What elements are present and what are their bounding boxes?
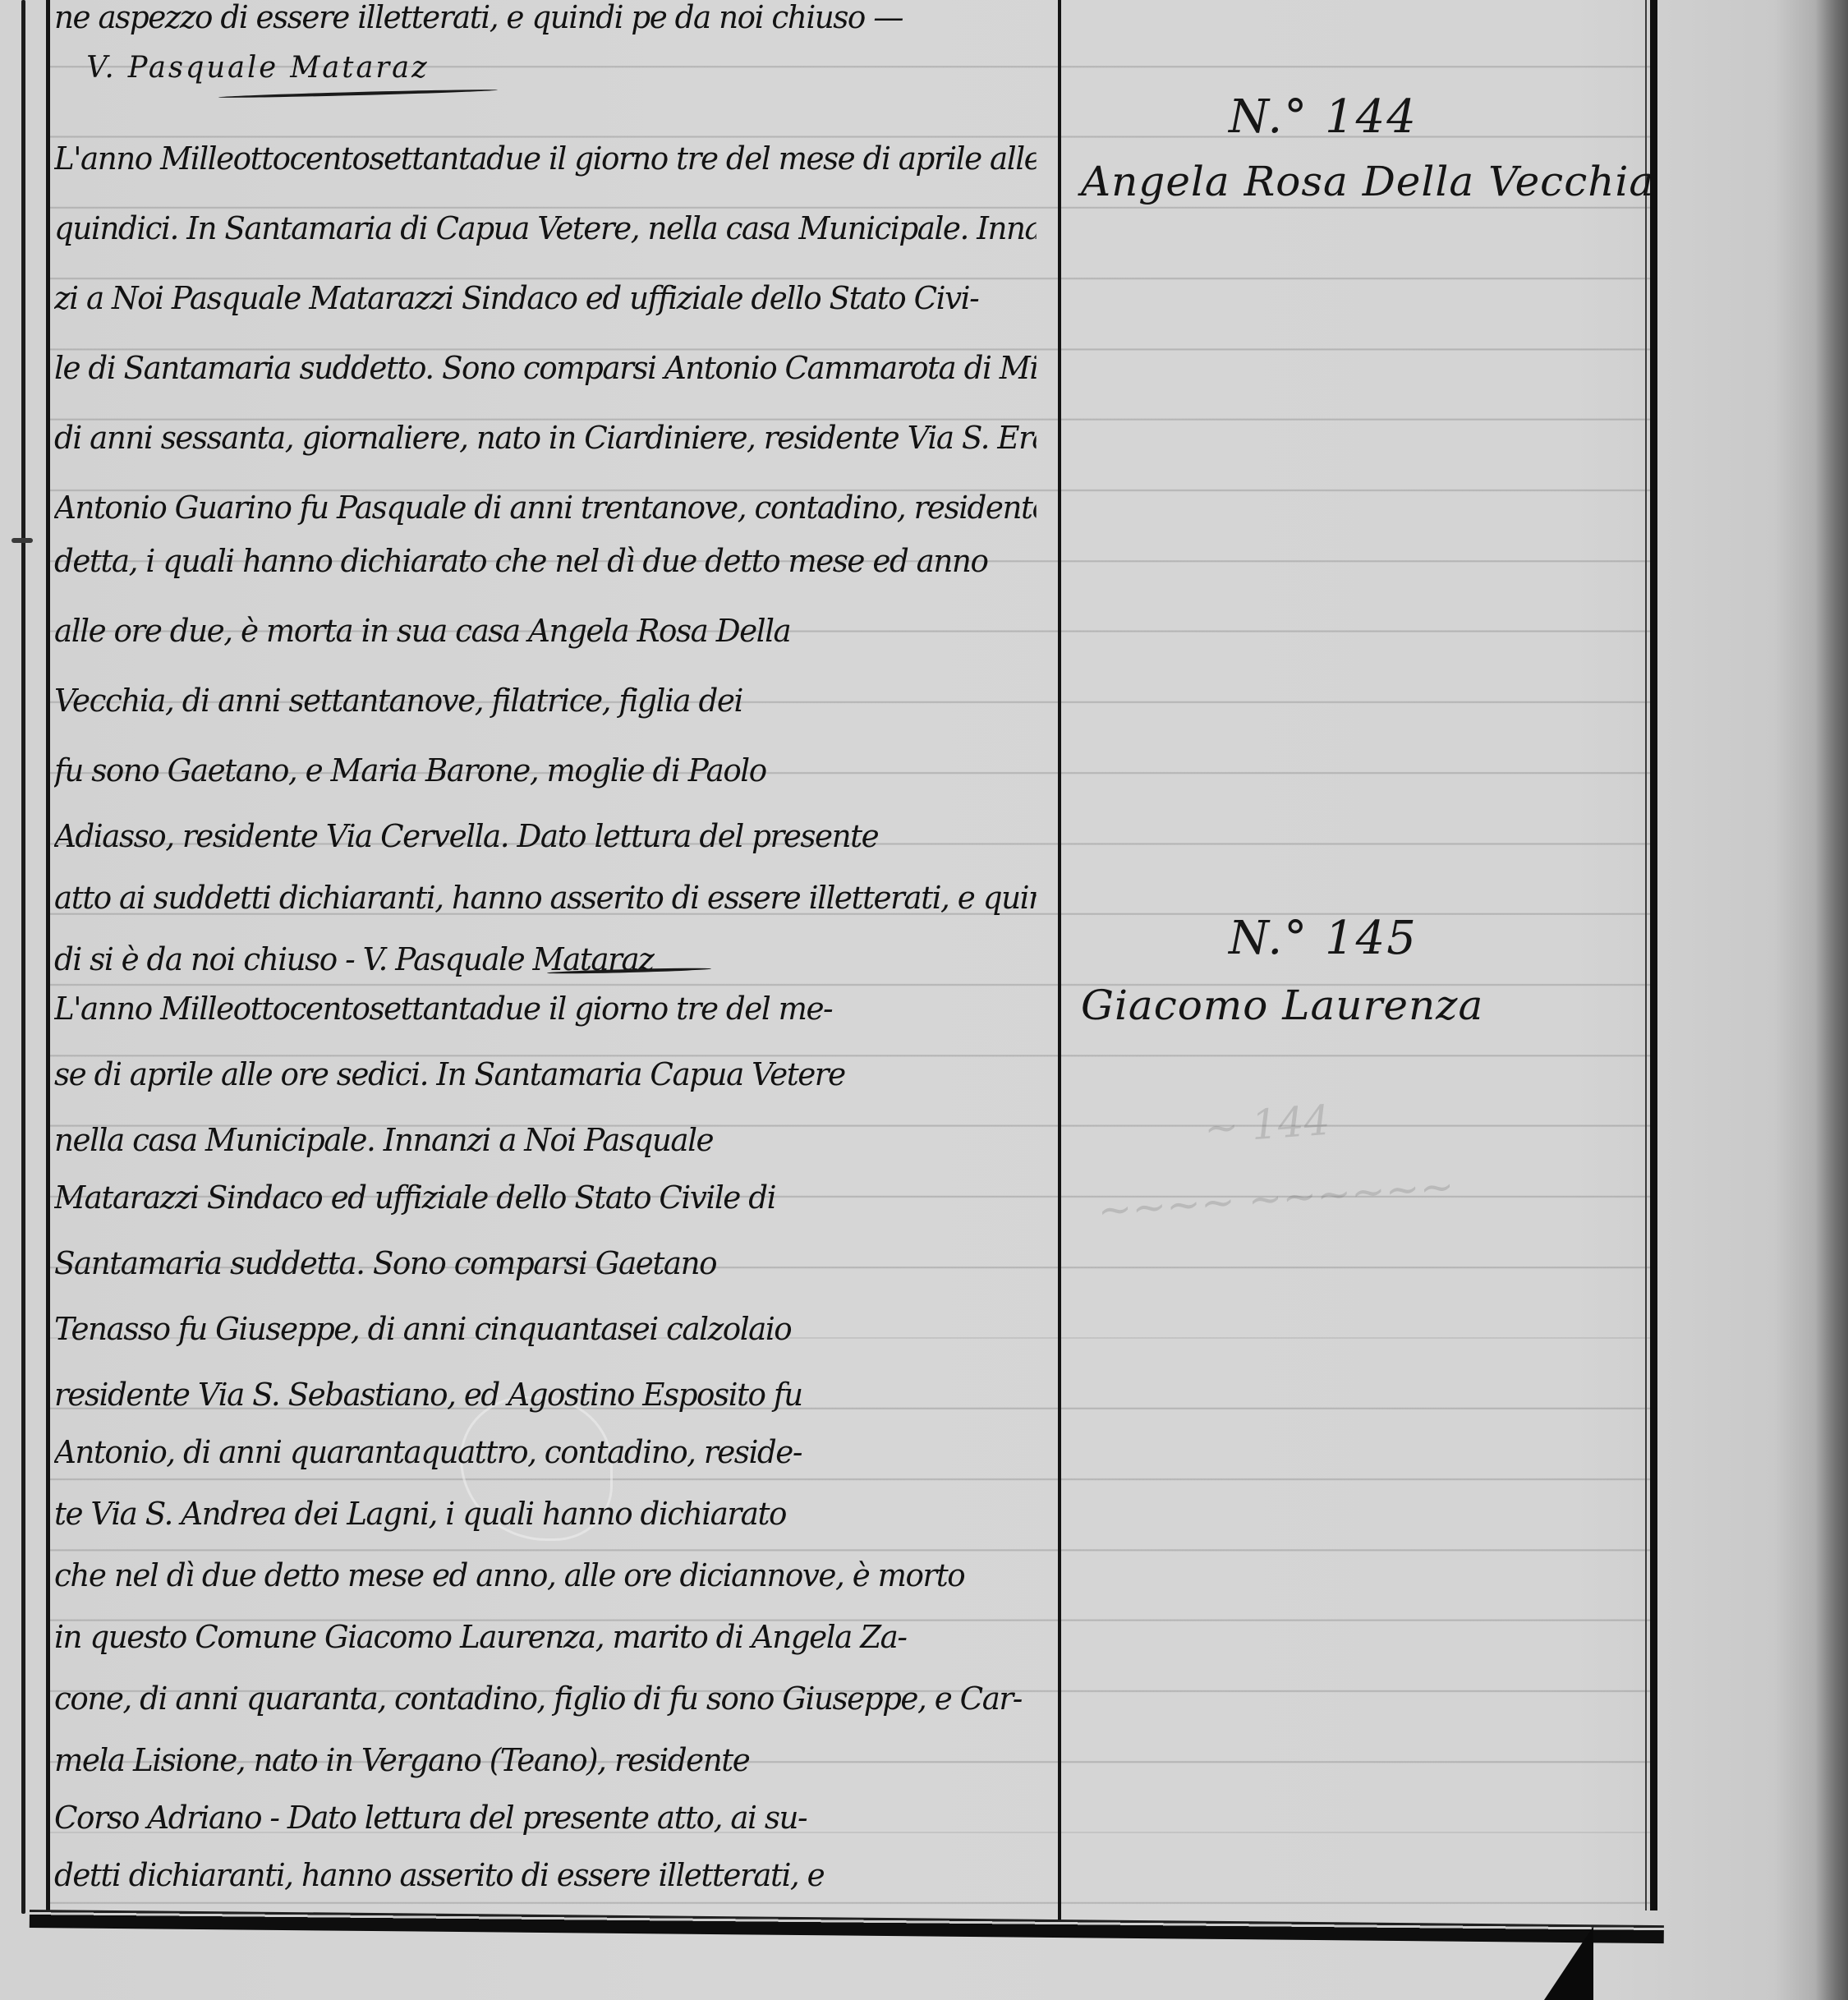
text-line: cone, di anni quaranta, contadino, figli… [54,1663,1037,1734]
text-line: Antonio, di anni quarantaquattro, contad… [54,1417,1037,1487]
binding-shadow [1815,0,1848,2000]
text-line: Matarazzi Sindaco ed uffiziale dello Sta… [54,1162,1037,1233]
text-line: zi a Noi Pasquale Matarazzi Sindaco ed u… [54,263,1037,333]
register-page: ne aspezzo di essere illetterati, e quin… [0,0,1848,2000]
text-line: se di aprile alle ore sedici. In Santama… [54,1039,1037,1110]
signature-line: V. Pasquale Mataraz [54,33,1069,103]
entry-number-145: N.° 145 [1229,912,1557,965]
entry-name-145: Giacomo Laurenza [1081,982,1639,1029]
entry-name-144: Angela Rosa Della Vecchia [1081,158,1639,205]
column-divider [1058,0,1061,1922]
bottom-double-rule [30,1910,1664,1943]
text-line: te Via S. Andrea dei Lagni, i quali hann… [54,1478,1037,1549]
frame-inner-right-rule [1645,0,1647,1910]
text-line: L'anno Milleottocentosettantadue il gior… [54,973,1037,1044]
margin-rule-tick [11,538,33,543]
text-line: Vecchia, di anni settantanove, filatrice… [54,665,1037,736]
text-line: Tenasso fu Giuseppe, di anni cinquantase… [54,1294,1037,1364]
text-line: detti dichiaranti, hanno asserito di ess… [54,1840,1037,1910]
text-line: fu sono Gaetano, e Maria Barone, moglie … [54,735,1037,806]
text-line: Santamaria suddetta. Sono comparsi Gaeta… [54,1228,1037,1299]
text-line: atto ai suddetti dichiaranti, hanno asse… [54,862,1037,933]
page-corner-shadow [1544,1926,1593,2000]
entry-number-144: N.° 144 [1229,90,1557,144]
bleed-through-text: ~ 144 [1202,1097,1331,1153]
text-line: che nel dì due detto mese ed anno, alle … [54,1540,1037,1611]
text-line: in questo Comune Giacomo Laurenza, marit… [54,1602,1037,1672]
text-line: L'anno Milleottocentosettantadue il gior… [54,123,1037,194]
text-line: di anni sessanta, giornaliere, nato in C… [54,402,1037,473]
text-line: quindici. In Santamaria di Capua Vetere,… [54,193,1037,264]
text-line: detta, i quali hanno dichiarato che nel … [54,526,1037,596]
text-line: le di Santamaria suddetto. Sono comparsi… [54,333,1037,403]
text-line: Adiasso, residente Via Cervella. Dato le… [54,801,1037,871]
text-line: alle ore due, è morta in sua casa Angela… [54,595,1037,666]
outer-margin-rule [21,0,25,1914]
